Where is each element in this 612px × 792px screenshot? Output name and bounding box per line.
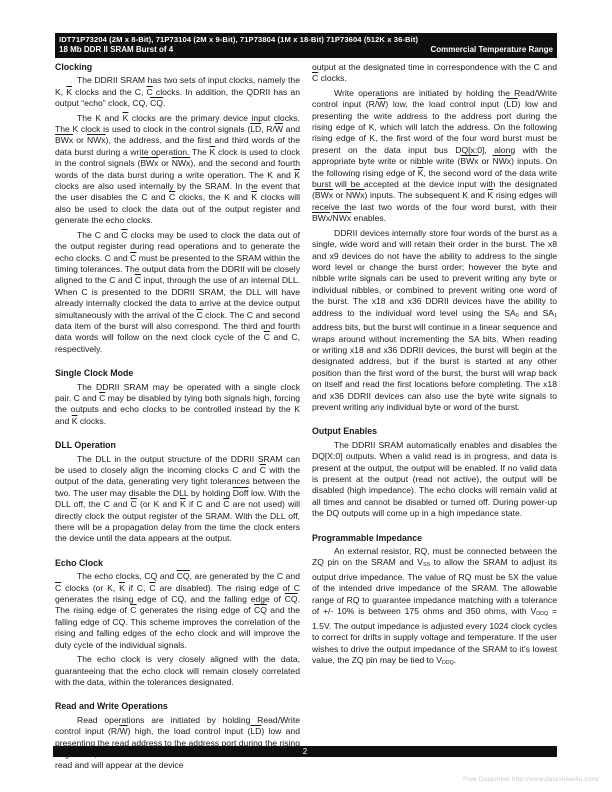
section-heading: Single Clock Mode xyxy=(55,368,300,379)
section-output-enables: Output Enables The DDRII SRAM automatica… xyxy=(312,426,557,519)
paragraph: Write operations are initiated by holdin… xyxy=(312,88,557,225)
section-heading: Programmable Impedance xyxy=(312,533,557,544)
section-heading: DLL Operation xyxy=(55,440,300,451)
paragraph: DDRII devices internally store four word… xyxy=(312,228,557,414)
paragraph: Read operations are initiated by holding… xyxy=(55,715,300,772)
paragraph: The DDRII SRAM automatically enables and… xyxy=(312,440,557,520)
two-column-body: Clocking The DDRII SRAM has two sets of … xyxy=(55,62,557,772)
paragraph: The DDRII SRAM has two sets of input clo… xyxy=(55,75,300,109)
right-column: output at the designated time in corresp… xyxy=(312,62,557,772)
page-number: 2 xyxy=(303,747,307,756)
paragraph: An external resistor, RQ, must be connec… xyxy=(312,546,557,670)
section-read-write-operations: Read and Write Operations Read operation… xyxy=(55,701,300,771)
section-dll-operation: DLL Operation The DLL in the output stru… xyxy=(55,440,300,545)
watermark: Free Datasheet http://www.datasheet4u.co… xyxy=(463,776,599,783)
section-programmable-impedance: Programmable Impedance An external resis… xyxy=(312,533,557,670)
datasheet-page: IDT71P73204 (2M x 8-Bit), 71P73104 (2M x… xyxy=(0,0,612,792)
section-heading: Read and Write Operations xyxy=(55,701,300,712)
page-number-bar: 2 xyxy=(53,746,557,757)
paragraph: The K and K clocks are the primary devic… xyxy=(55,113,300,227)
paragraph: The C and C clocks may be used to clock … xyxy=(55,230,300,355)
header-part-numbers: IDT71P73204 (2M x 8-Bit), 71P73104 (2M x… xyxy=(59,35,553,44)
section-heading: Clocking xyxy=(55,62,300,73)
paragraph: The DLL in the output structure of the D… xyxy=(55,454,300,545)
header-temperature-range: Commercial Temperature Range xyxy=(430,45,553,54)
section-single-clock-mode: Single Clock Mode The DDRII SRAM may be … xyxy=(55,368,300,427)
paragraph: output at the designated time in corresp… xyxy=(312,62,557,85)
section-heading: Output Enables xyxy=(312,426,557,437)
section-clocking: Clocking The DDRII SRAM has two sets of … xyxy=(55,62,300,355)
paragraph: The DDRII SRAM may be operated with a si… xyxy=(55,382,300,428)
header-bar: IDT71P73204 (2M x 8-Bit), 71P73104 (2M x… xyxy=(55,33,557,58)
paragraph: The echo clocks, CQ and CQ, are generate… xyxy=(55,571,300,651)
paragraph: The echo clock is very closely aligned w… xyxy=(55,654,300,688)
section-read-write-continued: output at the designated time in corresp… xyxy=(312,62,557,413)
left-column: Clocking The DDRII SRAM has two sets of … xyxy=(55,62,300,772)
section-heading: Echo Clock xyxy=(55,558,300,569)
header-product-title: 18 Mb DDR II SRAM Burst of 4 xyxy=(59,45,173,54)
section-echo-clock: Echo Clock The echo clocks, CQ and CQ, a… xyxy=(55,558,300,688)
